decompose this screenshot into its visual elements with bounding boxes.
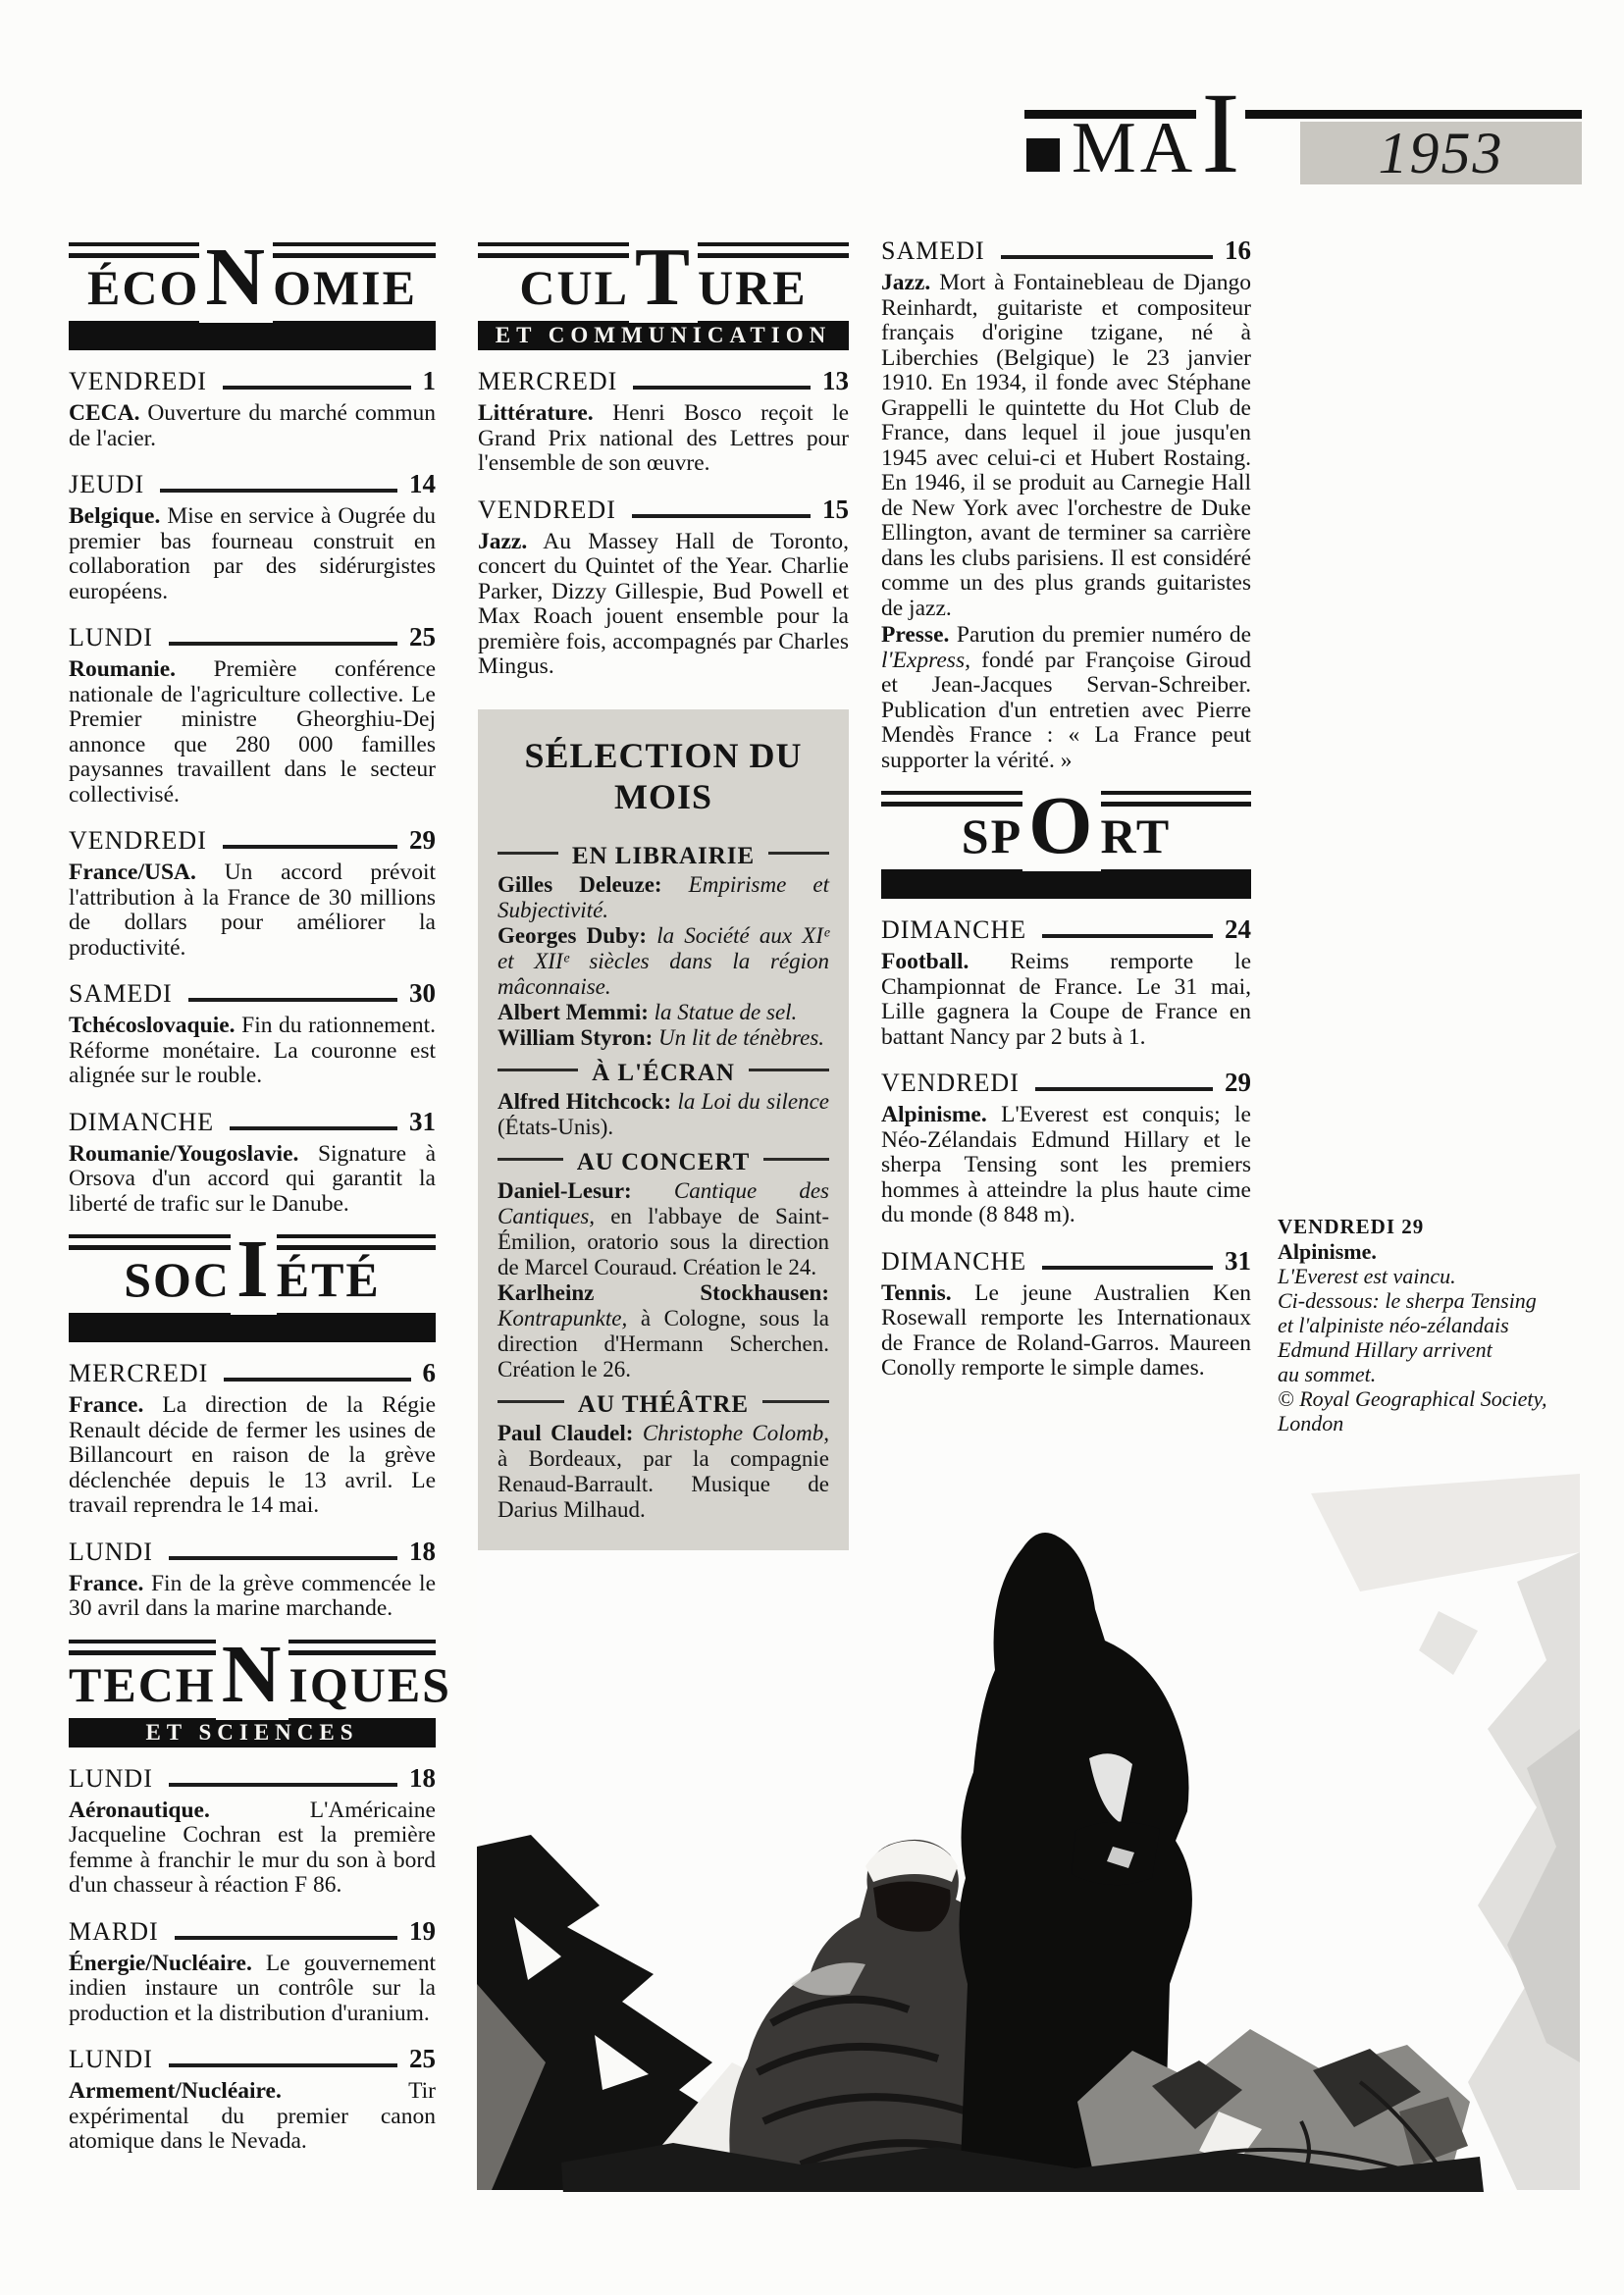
heading-rule — [762, 1400, 829, 1403]
heading-rule — [498, 1069, 578, 1071]
event-lead: Armement/Nucléaire. — [69, 2078, 282, 2104]
event-body: Football. Reims remporte le Championnat … — [881, 950, 1251, 1050]
event-entry: VENDREDI 1 CECA. Ouverture du marché com… — [69, 366, 436, 451]
event-day: LUNDI — [69, 2045, 153, 2074]
event-lead: France. — [69, 1571, 143, 1596]
section-bar — [881, 869, 1251, 899]
event-entry: DIMANCHE 24 Football. Reims remporte le … — [881, 914, 1251, 1050]
section-title-societe: SOCIÉTÉ — [69, 1234, 436, 1313]
author-name: Georges Duby: — [498, 923, 647, 948]
work-title: Kontrapunkte, — [498, 1306, 627, 1330]
event-day: MERCREDI — [69, 1359, 208, 1388]
selection-item: Gilles Deleuze: Empirisme et Subjectivit… — [498, 872, 829, 923]
event-lead: Tennis. — [881, 1280, 952, 1306]
event-body: Roumanie/Yougoslavie. Signature à Orsova… — [69, 1142, 436, 1218]
work-detail: (États-Unis). — [498, 1115, 613, 1139]
event-date-number: 15 — [822, 495, 849, 525]
event-entry: DIMANCHE 31 Roumanie/Yougoslavie. Signat… — [69, 1107, 436, 1218]
heading-label: AU CONCERT — [577, 1149, 751, 1176]
author-name: Paul Claudel: — [498, 1421, 633, 1445]
event-day-line: JEUDI 14 — [69, 469, 436, 499]
event-body: Énergie/Nucléaire. Le gouvernement indie… — [69, 1952, 436, 2027]
section-bar — [69, 1313, 436, 1342]
event-day-line: VENDREDI 29 — [881, 1068, 1251, 1098]
day-rule — [169, 2063, 397, 2067]
selection-group-heading: À L'ÉCRAN — [498, 1060, 829, 1087]
day-rule — [169, 642, 397, 646]
event-entry: VENDREDI 15 Jazz. Au Massey Hall de Toro… — [478, 495, 849, 680]
day-rule — [188, 998, 397, 1002]
author-name: Alfred Hitchcock: — [498, 1089, 671, 1114]
event-date-number: 16 — [1225, 235, 1251, 266]
title-big-letter: T — [629, 232, 698, 323]
day-rule — [230, 1126, 397, 1130]
caption-day: VENDREDI 29 — [1278, 1215, 1588, 1239]
selection-item: Georges Duby: la Société aux XIᵉ et XIIᵉ… — [498, 923, 829, 1000]
event-body: Littérature. Henri Bosco reçoit le Grand… — [478, 401, 849, 477]
selection-title: SÉLECTION DU MOIS — [498, 735, 829, 817]
month-name: MA — [1072, 112, 1196, 184]
everest-photo — [477, 1434, 1580, 2231]
column-right: SAMEDI 16 Jazz. Mort à Fontainebleau de … — [881, 235, 1251, 1399]
event-date-number: 25 — [409, 2044, 436, 2074]
event-lead: Jazz. — [478, 529, 527, 554]
section-header-techniques: TECHNIQUES ET SCIENCES — [69, 1640, 436, 1747]
event-day: DIMANCHE — [881, 1247, 1026, 1277]
event-lead: Alpinisme. — [881, 1102, 987, 1127]
event-entry: MARDI 19 Énergie/Nucléaire. Le gouvernem… — [69, 1916, 436, 2027]
event-day: MERCREDI — [478, 367, 617, 396]
author-name: Albert Memmi: — [498, 1000, 649, 1024]
event-day-line: LUNDI 18 — [69, 1537, 436, 1567]
day-rule — [160, 489, 397, 493]
event-entry: VENDREDI 29 Alpinisme. L'Everest est con… — [881, 1068, 1251, 1228]
event-entry: VENDREDI 29 France/USA. Un accord prévoi… — [69, 825, 436, 961]
section-subtitle: ET COMMUNICATION — [496, 323, 831, 348]
title-part: CUL — [519, 260, 629, 315]
event-entry: JEUDI 14 Belgique. Mise en service à Oug… — [69, 469, 436, 604]
heading-rule — [498, 852, 558, 855]
day-rule — [169, 1556, 397, 1560]
section-header-societe: SOCIÉTÉ — [69, 1234, 436, 1342]
month-square-bullet — [1026, 138, 1060, 172]
event-entry: LUNDI 18 France. Fin de la grève commenc… — [69, 1537, 436, 1622]
event-date-number: 29 — [1225, 1068, 1251, 1098]
section-title-techniques: TECHNIQUES — [69, 1640, 436, 1718]
event-day: LUNDI — [69, 623, 153, 652]
event-lead: CECA. — [69, 400, 139, 426]
event-day-line: DIMANCHE 24 — [881, 914, 1251, 945]
day-rule — [223, 845, 397, 849]
event-lead: Énergie/Nucléaire. — [69, 1951, 252, 1976]
day-rule — [1001, 255, 1213, 259]
heading-rule — [768, 852, 829, 855]
event-entry: MERCREDI 13 Littérature. Henri Bosco reç… — [478, 366, 849, 477]
event-text: Parution du premier numéro de — [957, 622, 1251, 648]
event-date-number: 13 — [822, 366, 849, 396]
event-lead: Football. — [881, 949, 969, 974]
section-bar: ET COMMUNICATION — [478, 321, 849, 350]
event-body: Jazz. Au Massey Hall de Toronto, concert… — [478, 530, 849, 680]
section-bar: ET SCIENCES — [69, 1718, 436, 1747]
event-lead: Jazz. — [881, 270, 930, 295]
section-title-sport: SPORT — [881, 791, 1251, 869]
event-date-number: 24 — [1225, 914, 1251, 945]
title-big-letter: N — [199, 232, 273, 323]
event-entry: SAMEDI 30 Tchécoslovaquie. Fin du ration… — [69, 978, 436, 1089]
work-title: Christophe Colomb, — [643, 1421, 829, 1445]
title-part: IQUES — [288, 1657, 451, 1712]
event-body: Alpinisme. L'Everest est conquis; le Néo… — [881, 1103, 1251, 1228]
title-part: SOC — [124, 1252, 231, 1307]
section-header-sport: SPORT — [881, 791, 1251, 899]
event-body: France. La direction de la Régie Renault… — [69, 1393, 436, 1519]
event-day: DIMANCHE — [881, 915, 1026, 945]
event-date-number: 30 — [409, 978, 436, 1009]
selection-item: Paul Claudel: Christophe Colomb, à Borde… — [498, 1421, 829, 1523]
title-big-letter: N — [216, 1629, 289, 1720]
event-body: Belgique. Mise en service à Ougrée du pr… — [69, 504, 436, 604]
heading-rule — [498, 1158, 563, 1161]
selection-group-heading: AU CONCERT — [498, 1149, 829, 1176]
masthead-rule — [1024, 110, 1582, 119]
year-box: 1953 — [1300, 122, 1582, 184]
event-date-number: 31 — [409, 1107, 436, 1137]
title-part: TECH — [69, 1657, 216, 1712]
almanac-page: MA I 1953 ÉCONOMIE VENDREDI 1 CECA. Ouve… — [0, 0, 1624, 2295]
event-day-line: VENDREDI 29 — [69, 825, 436, 856]
day-rule — [1042, 1266, 1213, 1270]
event-date-number: 25 — [409, 622, 436, 652]
event-lead: Roumanie. — [69, 656, 176, 682]
caption-text: L'Everest est vaincu. Ci-dessous: le she… — [1278, 1264, 1588, 1435]
title-part: URE — [698, 260, 808, 315]
event-body: Tennis. Le jeune Australien Ken Rosewall… — [881, 1281, 1251, 1382]
event-body: Presse. Parution du premier numéro de l'… — [881, 623, 1251, 773]
event-lead: France/USA. — [69, 860, 196, 885]
event-body: Armement/Nucléaire. Tir expérimental du … — [69, 2079, 436, 2155]
heading-label: AU THÉÂTRE — [578, 1391, 749, 1419]
event-day: SAMEDI — [881, 236, 985, 266]
event-lead: Presse. — [881, 622, 949, 648]
event-day: VENDREDI — [69, 826, 207, 856]
author-name: Gilles Deleuze: — [498, 872, 662, 897]
section-subtitle: ET SCIENCES — [145, 1720, 358, 1746]
month-big-letter: I — [1196, 97, 1244, 170]
section-title-economie: ÉCONOMIE — [69, 242, 436, 321]
day-rule — [169, 1783, 397, 1787]
event-day: MARDI — [69, 1917, 159, 1947]
event-day: VENDREDI — [69, 367, 207, 396]
event-lead: Roumanie/Yougoslavie. — [69, 1141, 298, 1167]
day-rule — [224, 1378, 410, 1382]
event-date-number: 14 — [409, 469, 436, 499]
event-day-line: SAMEDI 16 — [881, 235, 1251, 266]
event-date-number: 6 — [423, 1358, 437, 1388]
title-big-letter: I — [231, 1224, 277, 1315]
event-day-line: DIMANCHE 31 — [881, 1246, 1251, 1277]
event-day-line: LUNDI 18 — [69, 1763, 436, 1794]
column-middle: CULTURE ET COMMUNICATION MERCREDI 13 Lit… — [478, 242, 849, 1550]
event-day: VENDREDI — [478, 496, 616, 525]
heading-label: EN LIBRAIRIE — [572, 843, 755, 870]
event-entry: DIMANCHE 31 Tennis. Le jeune Australien … — [881, 1246, 1251, 1382]
event-date-number: 29 — [409, 825, 436, 856]
day-rule — [223, 386, 411, 390]
event-day-line: MARDI 19 — [69, 1916, 436, 1947]
event-lead: Aéronautique. — [69, 1798, 210, 1823]
event-day: LUNDI — [69, 1538, 153, 1567]
heading-rule — [749, 1069, 829, 1071]
title-part: ÉTÉ — [277, 1252, 381, 1307]
section-header-culture: CULTURE ET COMMUNICATION — [478, 242, 849, 350]
event-body: France. Fin de la grève commencée le 30 … — [69, 1572, 436, 1622]
event-day-line: MERCREDI 13 — [478, 366, 849, 396]
heading-rule — [498, 1400, 564, 1403]
event-lead: Littérature. — [478, 400, 594, 426]
event-date-number: 18 — [409, 1763, 436, 1794]
event-body: Tchécoslovaquie. Fin du rationnement. Ré… — [69, 1014, 436, 1089]
event-text: Mort à Fontainebleau de Django Reinhardt… — [881, 270, 1251, 621]
title-big-letter: O — [1022, 780, 1100, 871]
title-part: OMIE — [273, 260, 417, 315]
event-day: LUNDI — [69, 1764, 153, 1794]
event-day: VENDREDI — [881, 1069, 1020, 1098]
event-entry: LUNDI 18 Aéronautique. L'Américaine Jacq… — [69, 1763, 436, 1899]
work-title: la Statue de sel. — [655, 1000, 798, 1024]
event-day-line: VENDREDI 1 — [69, 366, 436, 396]
selection-item: Alfred Hitchcock: la Loi du silence (Éta… — [498, 1089, 829, 1140]
author-name: Karlheinz Stockhausen: — [498, 1280, 829, 1305]
event-day: DIMANCHE — [69, 1108, 214, 1137]
event-day-line: MERCREDI 6 — [69, 1358, 436, 1388]
event-lead: Tchécoslovaquie. — [69, 1013, 236, 1038]
title-part: ÉCO — [87, 260, 199, 315]
author-name: Daniel-Lesur: — [498, 1178, 632, 1203]
author-name: William Styron: — [498, 1025, 653, 1050]
caption-lead: Alpinisme. — [1278, 1239, 1588, 1264]
day-rule — [632, 514, 811, 518]
event-day: JEUDI — [69, 470, 144, 499]
section-title-culture: CULTURE — [478, 242, 849, 321]
heading-rule — [763, 1158, 829, 1161]
day-rule — [633, 386, 811, 390]
selection-item: Karlheinz Stockhausen: Kontrapunkte, à C… — [498, 1280, 829, 1382]
event-date-number: 19 — [409, 1916, 436, 1947]
event-day-line: DIMANCHE 31 — [69, 1107, 436, 1137]
event-day-line: LUNDI 25 — [69, 2044, 436, 2074]
selection-du-mois-box: SÉLECTION DU MOIS EN LIBRAIRIE Gilles De… — [478, 709, 849, 1550]
photo-caption: VENDREDI 29 Alpinisme. L'Everest est vai… — [1278, 1215, 1588, 1435]
event-body: France/USA. Un accord prévoit l'attribut… — [69, 861, 436, 961]
event-day-line: SAMEDI 30 — [69, 978, 436, 1009]
journal-title: l'Express, — [881, 648, 970, 673]
column-left: ÉCONOMIE VENDREDI 1 CECA. Ouverture du m… — [69, 242, 436, 2172]
event-body: CECA. Ouverture du marché commun de l'ac… — [69, 401, 436, 451]
event-entry: LUNDI 25 Roumanie. Première conférence n… — [69, 622, 436, 808]
event-entry: SAMEDI 16 Jazz. Mort à Fontainebleau de … — [881, 235, 1251, 773]
event-entry: LUNDI 25 Armement/Nucléaire. Tir expérim… — [69, 2044, 436, 2155]
section-bar — [69, 321, 436, 350]
event-day-line: LUNDI 25 — [69, 622, 436, 652]
event-text: Au Massey Hall de Toronto, concert du Qu… — [478, 529, 849, 680]
work-title: la Loi du silence — [677, 1089, 829, 1114]
day-rule — [1035, 1087, 1213, 1091]
work-detail: à Bordeaux, par la compagnie Renaud-Barr… — [498, 1446, 829, 1522]
selection-item: Albert Memmi: la Statue de sel. — [498, 1000, 829, 1025]
event-lead: France. — [69, 1392, 143, 1418]
day-rule — [1042, 934, 1213, 938]
event-date-number: 31 — [1225, 1246, 1251, 1277]
selection-item: William Styron: Un lit de ténèbres. — [498, 1025, 829, 1051]
event-date-number: 1 — [423, 366, 437, 396]
selection-item: Daniel-Lesur: Cantique des Cantiques, en… — [498, 1178, 829, 1280]
title-part: RT — [1101, 808, 1172, 863]
title-part: SP — [962, 808, 1022, 863]
event-day-line: VENDREDI 15 — [478, 495, 849, 525]
event-day: SAMEDI — [69, 979, 173, 1009]
heading-label: À L'ÉCRAN — [592, 1060, 735, 1087]
masthead: MA I 1953 — [1024, 110, 1582, 184]
event-entry: MERCREDI 6 France. La direction de la Ré… — [69, 1358, 436, 1519]
event-lead: Belgique. — [69, 503, 160, 529]
event-date-number: 18 — [409, 1537, 436, 1567]
year-label: 1953 — [1379, 120, 1504, 187]
work-title: Un lit de ténèbres. — [658, 1025, 824, 1050]
section-header-economie: ÉCONOMIE — [69, 242, 436, 350]
selection-group-heading: EN LIBRAIRIE — [498, 843, 829, 870]
event-body: Aéronautique. L'Américaine Jacqueline Co… — [69, 1799, 436, 1899]
day-rule — [175, 1936, 397, 1940]
selection-group-heading: AU THÉÂTRE — [498, 1391, 829, 1419]
event-body: Jazz. Mort à Fontainebleau de Django Rei… — [881, 271, 1251, 621]
event-body: Roumanie. Première conférence nationale … — [69, 657, 436, 808]
